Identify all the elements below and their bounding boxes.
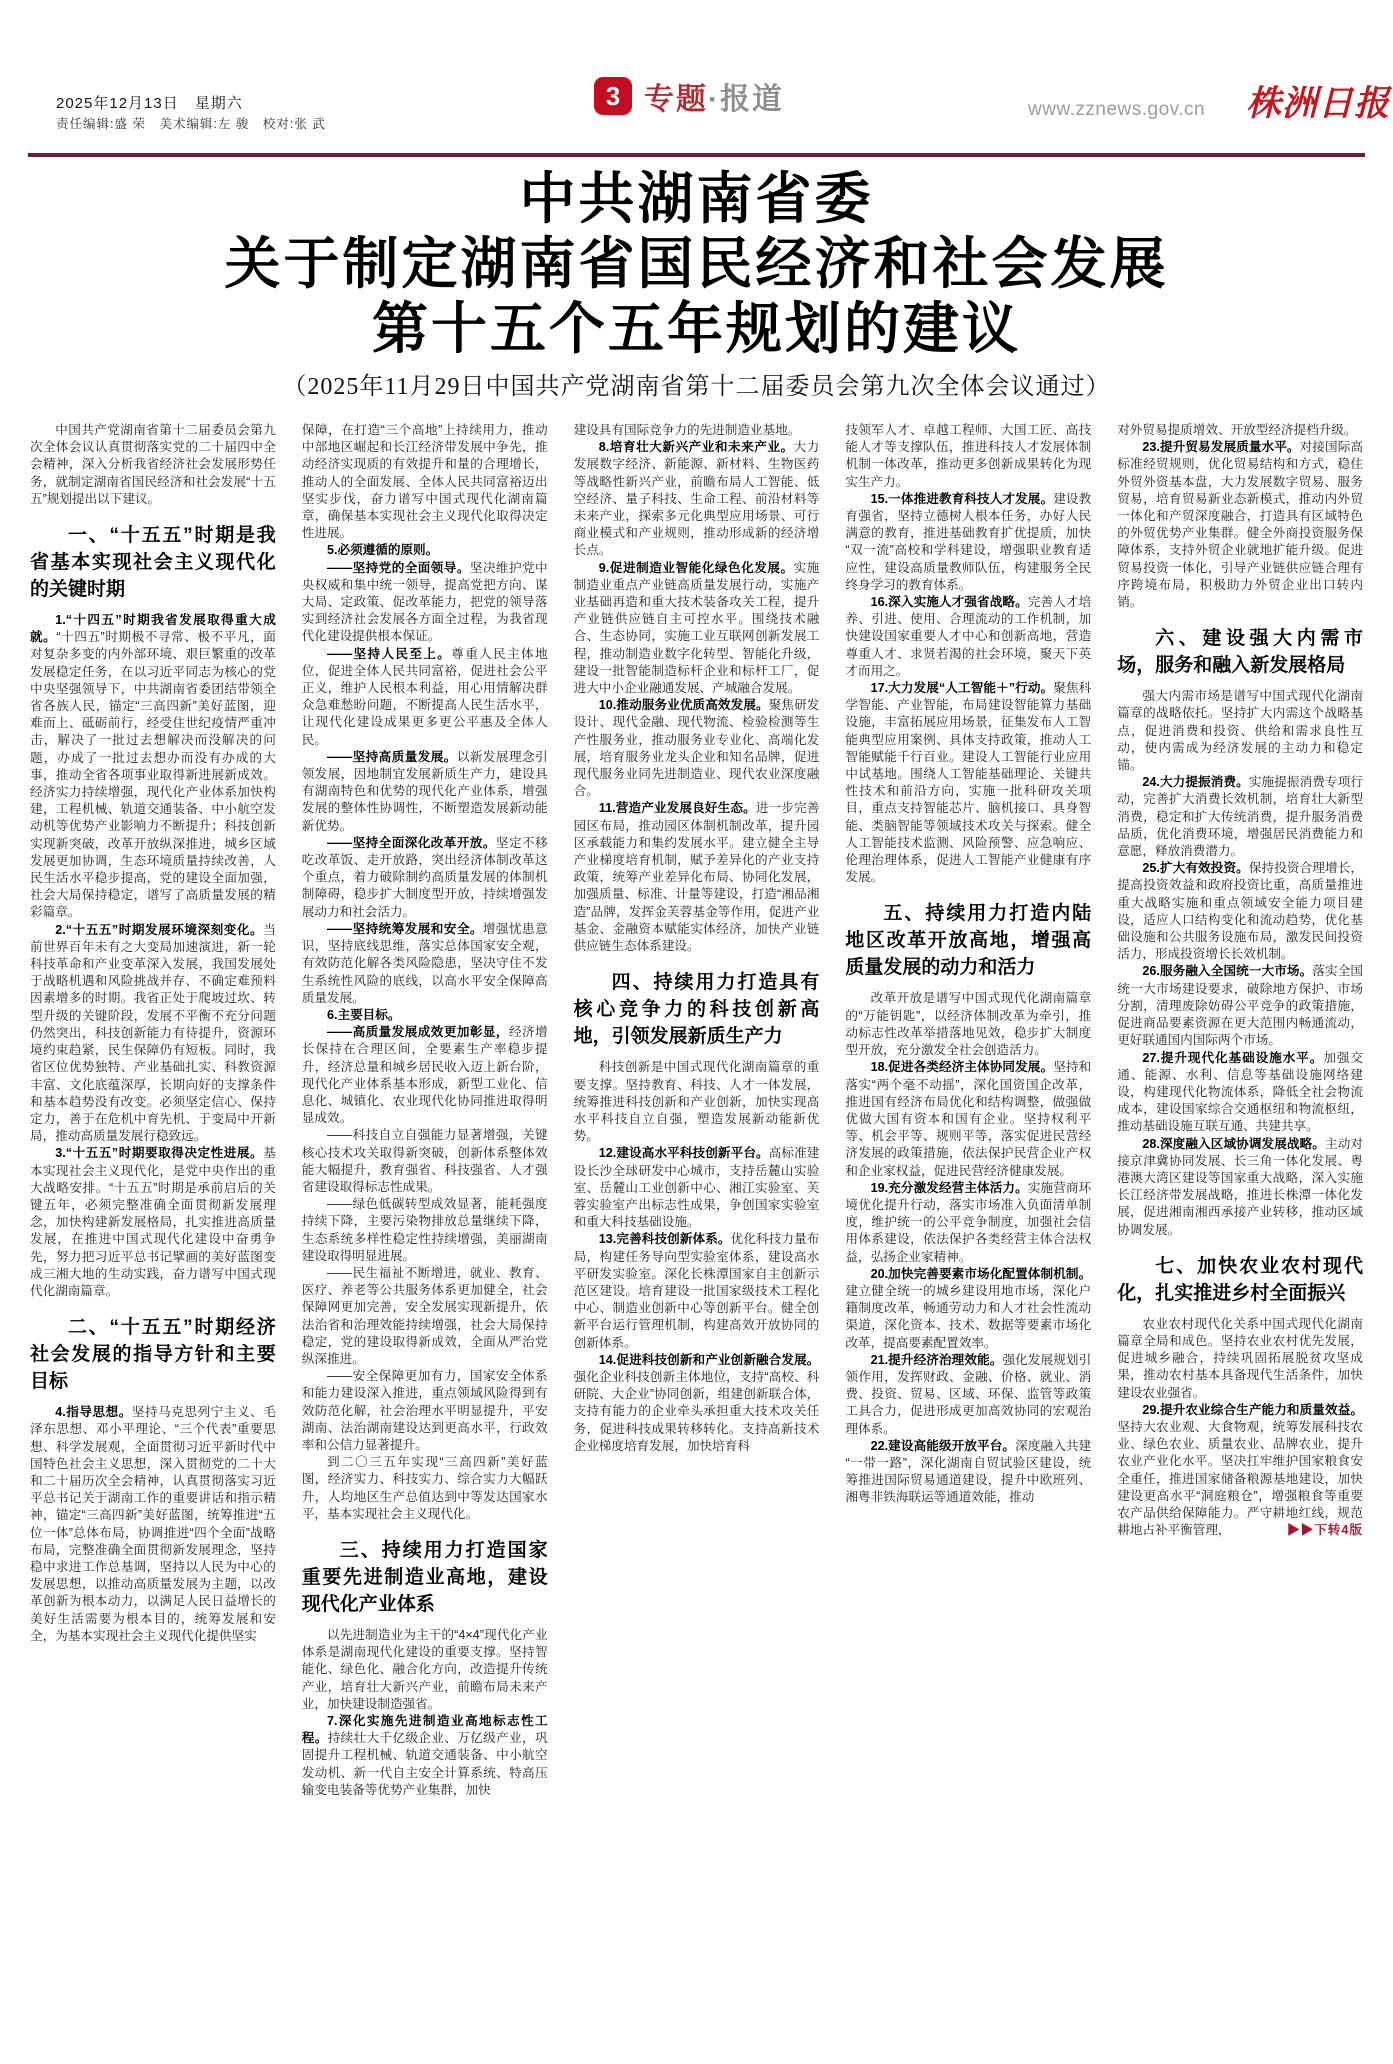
body-paragraph: 24.大力提振消费。实施提振消费专项行动，完善扩大消费长效机制，培育壮大新型消费…	[1117, 774, 1363, 860]
body-paragraph: 以先进制造业为主干的“4×4”现代化产业体系是湖南现代化建设的重要支撑。坚持智能…	[302, 1627, 548, 1713]
paragraph-bold-lead: ——坚持统筹发展和安全。	[327, 922, 483, 936]
body-paragraph: 21.提升经济治理效能。强化发展规划引领作用，发挥财政、金融、价格、就业、消费、…	[845, 1352, 1091, 1438]
editors-line: 责任编辑:盛 荣 美术编辑:左 骏 校对:张 武	[56, 114, 326, 132]
paragraph-bold-lead: 2.“十五五”时期发展环境深刻变化。	[55, 923, 263, 937]
section-heading: 七、加快农业农村现代化，扎实推进乡村全面振兴	[1117, 1253, 1363, 1307]
paragraph-bold-lead: 24.大力提振消费。	[1142, 775, 1248, 789]
continued-paragraph: 对外贸易提质增效、开放型经济提档升级。	[1117, 422, 1363, 439]
body-paragraph: 改革开放是谱写中国式现代化湖南篇章的“万能钥匙”，以经济体制改革为牵引，推动标志…	[845, 990, 1091, 1059]
body-paragraph: ——安全保障更加有力，国家安全体系和能力建设深入推进，重点领域风险得到有效防范化…	[302, 1368, 548, 1454]
body-paragraph: 3.“十五五”时期要取得决定性进展。基本实现社会主义现代化，是党中央作出的重大战…	[30, 1145, 276, 1300]
section-label: 专题·报道	[644, 74, 784, 118]
body-paragraph: 19.充分激发经营主体活力。实施营商环境优化提升行动，落实市场准入负面清单制度，…	[845, 1180, 1091, 1266]
section-label-primary: 专题	[644, 83, 708, 116]
body-paragraph: ——高质量发展成效更加彰显，经济增长保持在合理区间，全要素生产率稳步提升，经济总…	[302, 1024, 548, 1127]
continued-paragraph: 保障，在打造“三个高地”上持续用力，推动中部地区崛起和长江经济带发展中争先，推动…	[302, 422, 548, 542]
section-heading: 四、持续用力打造具有核心竞争力的科技创新高地，引领发展新质生产力	[574, 969, 820, 1050]
paragraph-bold-lead: 14.促进科技创新和产业创新融合发展。	[599, 1353, 820, 1367]
continued-on-page4-marker: ▶▶下转4版	[1287, 1522, 1363, 1539]
paragraph-bold-lead: 6.主要目标。	[327, 1008, 400, 1022]
paragraph-bold-lead: 27.提升现代化基础设施水平。	[1142, 1051, 1323, 1065]
column-4: 技领军人才、卓越工程师、大国工匠、高技能人才等支撑队伍，推进科技人才发展体制机制…	[845, 422, 1091, 2014]
body-paragraph: 18.促进各类经济主体协同发展。坚持和落实“两个毫不动摇”，深化国资国企改革，推…	[845, 1059, 1091, 1179]
paragraph-bold-lead: 3.“十五五”时期要取得决定性进展。	[55, 1146, 263, 1160]
article-columns: 中国共产党湖南省第十二届委员会第九次全体会议认真贯彻落实党的二十届四中全会精神，…	[30, 422, 1363, 2014]
body-paragraph: 5.必须遵循的原则。	[302, 542, 548, 559]
masthead-logo: 株洲日报	[1246, 84, 1390, 124]
body-paragraph: 7.深化实施先进制造业高地标志性工程。持续壮大千亿级企业、万亿级产业，巩固提升工…	[302, 1713, 548, 1799]
paragraph-bold-lead: ——坚持党的全面领导。	[327, 561, 470, 575]
body-paragraph: 到二〇三五年实现“三高四新”美好蓝图，经济实力、科技实力、综合实力大幅跃升，人均…	[302, 1454, 548, 1523]
body-paragraph: 11.营造产业发展良好生态。进一步完善园区布局，推动园区体制机制改革，提升园区承…	[574, 800, 820, 955]
headline-line3: 第十五个五年规划的建议	[30, 296, 1363, 361]
body-paragraph: 20.加快完善要素市场化配置体制机制。建立健全统一的城乡建设用地市场，深化户籍制…	[845, 1266, 1091, 1352]
paragraph-bold-lead: 29.提升农业综合生产能力和质量效益。	[1142, 1403, 1363, 1417]
column-1: 中国共产党湖南省第十二届委员会第九次全体会议认真贯彻落实党的二十届四中全会精神，…	[30, 422, 276, 2014]
date-line: 2025年12月13日 星期六	[56, 92, 243, 113]
section-heading: 二、“十五五”时期经济社会发展的指导方针和主要目标	[30, 1314, 276, 1395]
body-paragraph: 10.推动服务业优质高效发展。聚焦研发设计、现代金融、现代物流、检验检测等生产性…	[574, 697, 820, 800]
body-paragraph: ——坚持高质量发展。以新发展理念引领发展，因地制宜发展新质生产力，建设具有湖南特…	[302, 749, 548, 835]
body-paragraph: 中国共产党湖南省第十二届委员会第九次全体会议认真贯彻落实党的二十届四中全会精神，…	[30, 422, 276, 508]
body-paragraph: 17.大力发展“人工智能＋”行动。聚焦科学智能、产业智能，布局建设智能算力基础设…	[845, 680, 1091, 886]
headline-line2: 关于制定湖南省国民经济和社会发展	[30, 231, 1363, 296]
body-paragraph: 15.一体推进教育科技人才发展。建设教育强省，坚持立德树人根本任务，办好人民满意…	[845, 491, 1091, 594]
body-paragraph: ——坚持统筹发展和安全。增强忧患意识，坚持底线思维，落实总体国家安全观，有效防范…	[302, 921, 548, 1007]
paragraph-bold-lead: 19.充分激发经营主体活力。	[871, 1181, 1028, 1195]
body-paragraph: 4.指导思想。坚持马克思列宁主义、毛泽东思想、邓小平理论、“三个代表”重要思想、…	[30, 1404, 276, 1645]
body-paragraph: ——科技自立自强能力显著增强，关键核心技术攻关取得新突破，创新体系整体效能大幅提…	[302, 1127, 548, 1196]
section-heading: 五、持续用力打造内陆地区改革开放高地，增强高质量发展的动力和活力	[845, 900, 1091, 981]
paragraph-bold-lead: ——坚持全面深化改革开放。	[327, 836, 496, 850]
paragraph-bold-lead: 28.深度融入区域协调发展战略。	[1142, 1137, 1325, 1151]
body-paragraph: 14.促进科技创新和产业创新融合发展。强化企业科技创新主体地位，支持“高校、科研…	[574, 1352, 820, 1455]
paragraph-bold-lead: 26.服务融入全国统一大市场。	[1142, 964, 1312, 978]
headline-subtitle: （2025年11月29日中国共产党湖南省第十二届委员会第九次全体会议通过）	[30, 366, 1363, 401]
column-3: 建设具有国际竞争力的先进制造业基地。8.培育壮大新兴产业和未来产业。大力发展数字…	[574, 422, 820, 2014]
paragraph-bold-lead: 4.指导思想。	[55, 1405, 132, 1419]
section-label-secondary: ·报道	[708, 83, 784, 116]
continued-paragraph: 技领军人才、卓越工程师、大国工匠、高技能人才等支撑队伍，推进科技人才发展体制机制…	[845, 422, 1091, 491]
body-paragraph: 9.促进制造业智能化绿色化发展。实施制造业重点产业链高质量发展行动，实施产业基础…	[574, 560, 820, 698]
paragraph-bold-lead: 5.必须遵循的原则。	[327, 543, 438, 557]
paragraph-bold-lead: 23.提升贸易发展质量水平。	[1142, 440, 1299, 454]
paragraph-bold-lead: 12.建设高水平科技创新平台。	[599, 1146, 769, 1160]
body-paragraph: 8.培育壮大新兴产业和未来产业。大力发展数字经济、新能源、新材料、生物医药等战略…	[574, 439, 820, 559]
body-paragraph: 科技创新是中国式现代化湖南篇章的重要支撑。坚持教育、科技、人才一体发展，统筹推进…	[574, 1059, 820, 1145]
body-paragraph: ——绿色低碳转型成效显著，能耗强度持续下降，主要污染物排放总量继续下降，生态系统…	[302, 1196, 548, 1265]
column-2: 保障，在打造“三个高地”上持续用力，推动中部地区崛起和长江经济带发展中争先，推动…	[302, 422, 548, 2014]
paragraph-bold-lead: 16.深入实施人才强省战略。	[871, 595, 1028, 609]
website-url: www.zznews.gov.cn	[1028, 99, 1205, 121]
page-number-badge: 3	[594, 77, 632, 115]
section-badge: 3 专题·报道	[594, 74, 784, 118]
section-heading: 六、建设强大内需市场，服务和融入新发展格局	[1117, 625, 1363, 679]
paragraph-bold-lead: 22.建设高能级开放平台。	[871, 1439, 1016, 1453]
paragraph-bold-lead: 11.营造产业发展良好生态。	[599, 801, 756, 815]
body-paragraph: ——民生福祉不断增进，就业、教育、医疗、养老等公共服务体系更加健全，社会保障网更…	[302, 1265, 548, 1368]
body-paragraph: 13.完善科技创新体系。优化科技力量布局，构建任务导向型实验室体系，建设高水平研…	[574, 1231, 820, 1351]
body-paragraph: 农业农村现代化关系中国式现代化湖南篇章全局和成色。坚持农业农村优先发展，促进城乡…	[1117, 1316, 1363, 1402]
body-paragraph: 26.服务融入全国统一大市场。落实全国统一大市场建设要求，破除地方保护、市场分割…	[1117, 963, 1363, 1049]
paragraph-bold-lead: 21.提升经济治理效能。	[871, 1353, 1003, 1367]
paragraph-bold-lead: 18.促进各类经济主体协同发展。	[871, 1060, 1054, 1074]
body-paragraph: 29.提升农业综合生产能力和质量效益。坚持大农业观、大食物观，统筹发展科技农业、…	[1117, 1402, 1363, 1540]
section-heading: 三、持续用力打造国家重要先进制造业高地，建设现代化产业体系	[302, 1537, 548, 1618]
body-paragraph: 27.提升现代化基础设施水平。加强交通、能源、水利、信息等基础设施网络建设，构建…	[1117, 1050, 1363, 1136]
main-headline: 中共湖南省委 关于制定湖南省国民经济和社会发展 第十五个五年规划的建议	[30, 166, 1363, 361]
header-rule	[28, 153, 1365, 157]
section-heading: 一、“十五五”时期是我省基本实现社会主义现代化的关键时期	[30, 522, 276, 603]
paragraph-bold-lead: 13.完善科技创新体系。	[599, 1232, 731, 1246]
column-5: 对外贸易提质增效、开放型经济提档升级。23.提升贸易发展质量水平。对接国际高标准…	[1117, 422, 1363, 2014]
body-paragraph: 23.提升贸易发展质量水平。对接国际高标准经贸规则，优化贸易结构和方式，稳住外贸…	[1117, 439, 1363, 611]
headline-line1: 中共湖南省委	[30, 166, 1363, 231]
paragraph-bold-lead: 7.深化实施先进制造业高地标志性工程。	[302, 1714, 548, 1745]
body-paragraph: 1.“十四五”时期我省发展取得重大成就。“十四五”时期极不寻常、极不平凡，面对复…	[30, 612, 276, 922]
paragraph-bold-lead: ——高质量发展成效更加彰显，	[327, 1025, 509, 1039]
body-paragraph: ——坚持党的全面领导。坚决维护党中央权威和集中统一领导，提高党把方向、谋大局、定…	[302, 560, 548, 646]
body-paragraph: 6.主要目标。	[302, 1007, 548, 1024]
body-paragraph: 16.深入实施人才强省战略。完善人才培养、引进、使用、合理流动的工作机制，加快建…	[845, 594, 1091, 680]
paragraph-bold-lead: 15.一体推进教育科技人才发展。	[871, 492, 1054, 506]
body-paragraph: 强大内需市场是谱写中国式现代化湖南篇章的战略依托。坚持扩大内需这个战略基点，促进…	[1117, 688, 1363, 774]
body-paragraph: 25.扩大有效投资。保持投资合理增长，提高投资效益和政府投资比重，高质量推进重大…	[1117, 860, 1363, 963]
paragraph-bold-lead: ——坚持高质量发展。	[327, 750, 457, 764]
body-paragraph: 2.“十五五”时期发展环境深刻变化。当前世界百年未有之大变局加速演进，新一轮科技…	[30, 922, 276, 1146]
paragraph-bold-lead: 20.加快完善要素市场化配置体制机制。	[871, 1267, 1092, 1281]
body-paragraph: 22.建设高能级开放平台。深度融入共建“一带一路”，深化湖南自贸试验区建设，统筹…	[845, 1438, 1091, 1507]
paragraph-bold-lead: 8.培育壮大新兴产业和未来产业。	[599, 440, 794, 454]
paragraph-bold-lead: ——坚持人民至上。	[327, 647, 451, 661]
paragraph-bold-lead: 17.大力发展“人工智能＋”行动。	[871, 681, 1054, 695]
paragraph-bold-lead: 1.“十四五”时期我省发展取得重大成就。	[30, 613, 276, 644]
body-paragraph: 28.深度融入区域协调发展战略。主动对接京津冀协同发展、长三角一体化发展、粤港澳…	[1117, 1136, 1363, 1239]
paragraph-bold-lead: 9.促进制造业智能化绿色化发展。	[599, 561, 794, 575]
paragraph-bold-lead: 10.推动服务业优质高效发展。	[599, 698, 769, 712]
paragraph-bold-lead: 25.扩大有效投资。	[1142, 861, 1248, 875]
body-paragraph: 12.建设高水平科技创新平台。高标准建设长沙全球研发中心城市，支持岳麓山实验室、…	[574, 1145, 820, 1231]
body-paragraph: ——坚持人民至上。尊重人民主体地位，促进全体人民共同富裕，促进社会公平正义，维护…	[302, 646, 548, 749]
body-paragraph: ——坚持全面深化改革开放。坚定不移吃改革饭、走开放路，突出经济体制改革这个重点，…	[302, 835, 548, 921]
continued-paragraph: 建设具有国际竞争力的先进制造业基地。	[574, 422, 820, 439]
newspaper-page: 2025年12月13日 星期六 责任编辑:盛 荣 美术编辑:左 骏 校对:张 武…	[0, 0, 1393, 2064]
